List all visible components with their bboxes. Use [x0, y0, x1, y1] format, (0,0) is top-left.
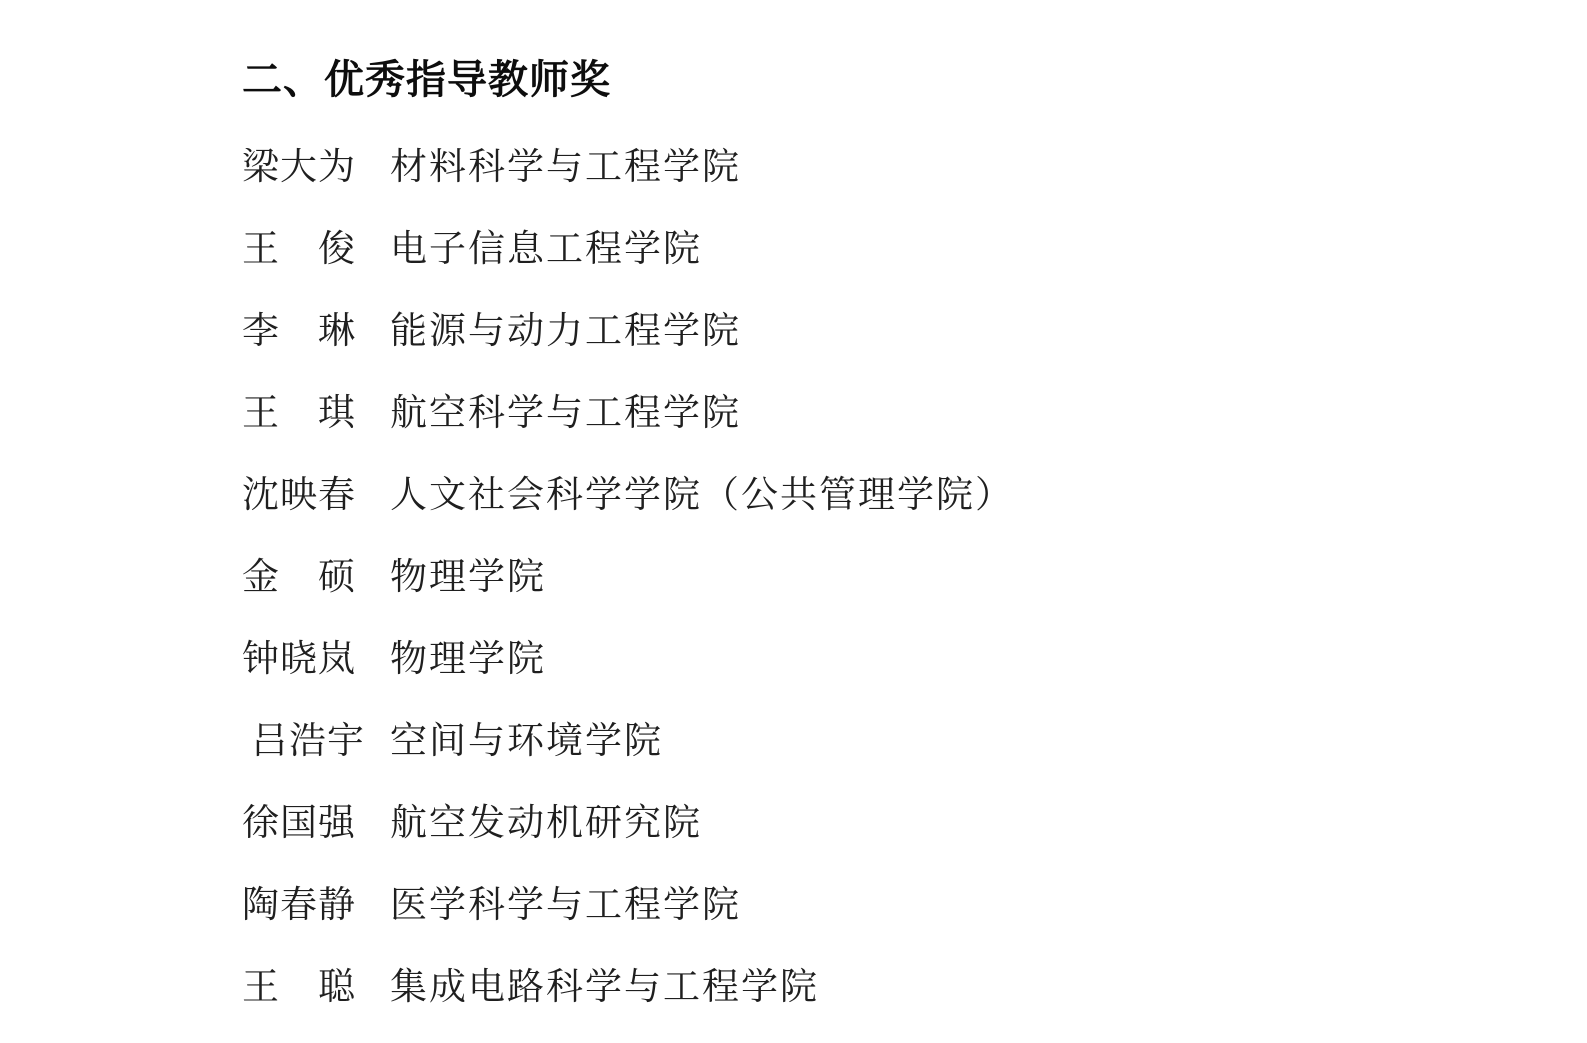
awardee-row: 王 聪 集成电路科学与工程学院 [242, 942, 1014, 1024]
awardee-department: 空间与环境学院 [390, 710, 663, 764]
awardee-department: 航空科学与工程学院 [390, 382, 741, 436]
awardee-name: 王 聪 [242, 956, 390, 1010]
awardee-name: 沈映春 [242, 464, 390, 518]
awardee-row: 吕浩宇 空间与环境学院 [242, 696, 1014, 778]
awardee-department: 医学科学与工程学院 [390, 874, 741, 928]
awardee-row: 陶春静 医学科学与工程学院 [242, 860, 1014, 942]
awardee-department: 能源与动力工程学院 [390, 300, 741, 354]
page-canvas: 二、优秀指导教师奖 梁大为 材料科学与工程学院 王 俊 电子信息工程学院 李 琳… [0, 0, 1587, 1043]
awardee-name: 李 琳 [242, 300, 390, 354]
awardee-name: 梁大为 [242, 136, 390, 190]
awardee-row: 钟晓岚 物理学院 [242, 614, 1014, 696]
awardee-department: 人文社会科学学院（公共管理学院） [390, 464, 1014, 518]
awardee-department: 航空发动机研究院 [390, 792, 702, 846]
awardee-name: 吕浩宇 [242, 710, 390, 764]
awardee-name: 金 硕 [242, 546, 390, 600]
awardee-row: 金 硕 物理学院 [242, 532, 1014, 614]
awardee-row: 王 俊 电子信息工程学院 [242, 204, 1014, 286]
awardee-row: 沈映春 人文社会科学学院（公共管理学院） [242, 450, 1014, 532]
award-document: 二、优秀指导教师奖 梁大为 材料科学与工程学院 王 俊 电子信息工程学院 李 琳… [242, 0, 1014, 1024]
awardee-department: 物理学院 [390, 628, 546, 682]
awardee-department: 材料科学与工程学院 [390, 136, 741, 190]
awardee-list: 梁大为 材料科学与工程学院 王 俊 电子信息工程学院 李 琳 能源与动力工程学院… [242, 122, 1014, 1024]
awardee-name: 陶春静 [242, 874, 390, 928]
awardee-department: 电子信息工程学院 [390, 218, 702, 272]
awardee-row: 梁大为 材料科学与工程学院 [242, 122, 1014, 204]
awardee-name: 钟晓岚 [242, 628, 390, 682]
awardee-row: 徐国强 航空发动机研究院 [242, 778, 1014, 860]
document-page: { "document": { "heading": "二、优秀指导教师奖", … [0, 0, 1587, 1043]
awardee-name: 王 琪 [242, 382, 390, 436]
awardee-name: 王 俊 [242, 218, 390, 272]
section-heading: 二、优秀指导教师奖 [242, 0, 1014, 104]
awardee-department: 物理学院 [390, 546, 546, 600]
awardee-row: 王 琪 航空科学与工程学院 [242, 368, 1014, 450]
awardee-department: 集成电路科学与工程学院 [390, 956, 819, 1010]
awardee-row: 李 琳 能源与动力工程学院 [242, 286, 1014, 368]
awardee-name: 徐国强 [242, 792, 390, 846]
